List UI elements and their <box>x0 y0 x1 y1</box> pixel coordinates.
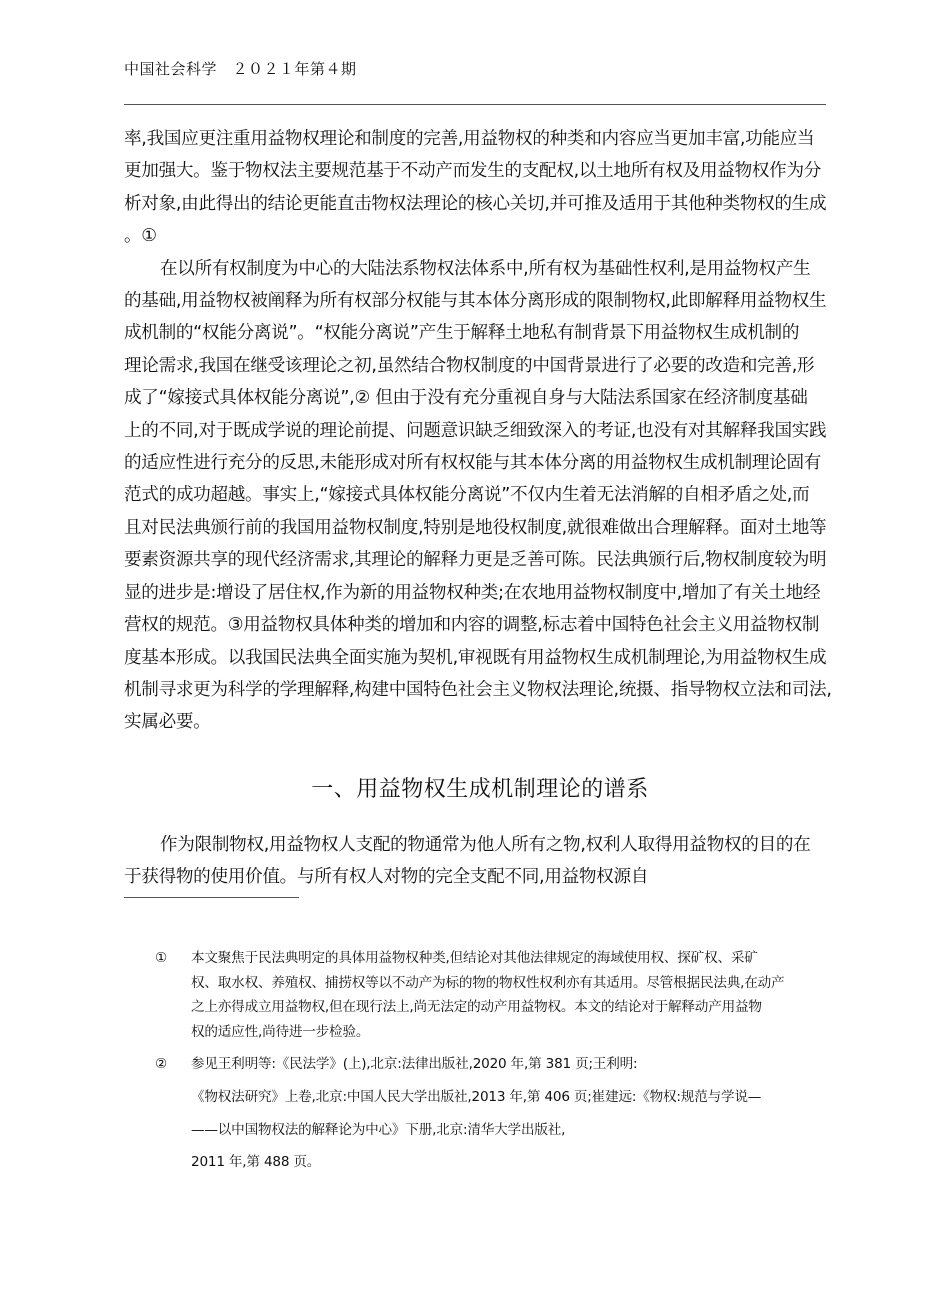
text-line: 要素资源共享的现代经济需求,其理论的解释力更是乏善可陈。民法典颁行后,物权制度较… <box>124 544 836 576</box>
footnote-line: 本文聚焦于民法典明定的具体用益物权种类,但结论对其他法律规定的海域使用权、探矿权… <box>191 946 835 971</box>
text-line: 且对民法典颁行前的我国用益物权制度,特别是地役权制度,就很难做出合理解释。面对土… <box>124 512 836 544</box>
text-line: 理论需求,我国在继受该理论之初,虽然结合物权制度的中国背景进行了必要的改造和完善… <box>124 350 836 382</box>
paragraph-2: 在以所有权制度为中心的大陆法系物权法体系中,所有权为基础性权利,是用益物权产生 … <box>124 253 836 739</box>
footnote-marker: ② <box>155 1052 167 1077</box>
text-line: 成了“嫁接式具体权能分离说”,② 但由于没有充分重视自身与大陆法系国家在经济制度… <box>124 382 836 414</box>
text-line: 析对象,由此得出的结论更能直击物权法理论的核心关切,并可推及适用于其他种类物权的… <box>124 188 836 220</box>
text-line: 的基础,用益物权被阐释为所有权部分权能与其本体分离形成的限制物权,此即解释用益物… <box>124 285 836 317</box>
text-line: 范式的成功超越。事实上,“嫁接式具体权能分离说”不仅内生着无法消解的自相矛盾之处… <box>124 479 836 511</box>
text-line: 率,我国应更注重用益物权理论和制度的完善,用益物权的种类和内容应当更加丰富,功能… <box>124 123 836 155</box>
text-line: 的适应性进行充分的反思,未能形成对所有权权能与其本体分离的用益物权生成机制理论固… <box>124 447 836 479</box>
text-line: 作为限制物权,用益物权人支配的物通常为他人所有之物,权利人取得用益物权的目的在 <box>124 829 836 861</box>
header-divider <box>124 104 826 105</box>
footnote-line: ——以中国物权法的解释论为中心》下册,北京:清华大学出版社, <box>191 1118 835 1143</box>
text-line: 上的不同,对于既成学说的理论前提、问题意识缺乏细致深入的考证,也没有对其解释我国… <box>124 415 836 447</box>
section-heading: 一、用益物权生成机制理论的谱系 <box>124 773 836 807</box>
text-line: 显的进步是:增设了居住权,作为新的用益物权种类;在农地用益物权制度中,增加了有关… <box>124 577 836 609</box>
footnote-line: 《物权法研究》上卷,北京:中国人民大学出版社,2013 年,第 406 页;崔建… <box>191 1085 835 1110</box>
footnote-line: 参见王利明等:《民法学》(上),北京:法律出版社,2020 年,第 381 页;… <box>191 1052 835 1077</box>
text-line: 机制寻求更为科学的学理解释,构建中国特色社会主义物权法理论,统摄、指导物权立法和… <box>124 674 836 706</box>
footnote-line: 之上亦得成立用益物权,但在现行法上,尚无法定的动产用益物权。本文的结论对于解释动… <box>191 995 835 1020</box>
footnote-line: 2011 年,第 488 页。 <box>191 1150 835 1175</box>
footnote-line: 权、取水权、养殖权、捕捞权等以不动产为标的物的物权性权利亦有其适用。尽管根据民法… <box>191 971 835 996</box>
footnote-marker: ① <box>155 946 167 971</box>
footnote-2: ② 参见王利明等:《民法学》(上),北京:法律出版社,2020 年,第 381 … <box>155 1052 835 1174</box>
text-line: 更加强大。鉴于物权法主要规范基于不动产而发生的支配权,以土地所有权及用益物权作为… <box>124 155 836 187</box>
running-head-journal: 中国社会科学 ２０２１年第４期 <box>124 58 357 79</box>
footnote-divider <box>124 897 299 898</box>
text-line: 度基本形成。以我国民法典全面实施为契机,审视既有用益物权生成机制理论,为用益物权… <box>124 642 836 674</box>
footnote-line: 权的适应性,尚待进一步检验。 <box>191 1020 835 1045</box>
paragraph-3: 作为限制物权,用益物权人支配的物通常为他人所有之物,权利人取得用益物权的目的在 … <box>124 829 836 894</box>
text-line: 在以所有权制度为中心的大陆法系物权法体系中,所有权为基础性权利,是用益物权产生 <box>124 253 836 285</box>
text-line: 于获得物的使用价值。与所有权人对物的完全支配不同,用益物权源自 <box>124 861 836 893</box>
section-body-text: 作为限制物权,用益物权人支配的物通常为他人所有之物,权利人取得用益物权的目的在 … <box>124 829 836 894</box>
footnotes: ① 本文聚焦于民法典明定的具体用益物权种类,但结论对其他法律规定的海域使用权、探… <box>155 946 835 1175</box>
body-text: 率,我国应更注重用益物权理论和制度的完善,用益物权的种类和内容应当更加丰富,功能… <box>124 123 836 739</box>
text-line: 营权的规范。③用益物权具体种类的增加和内容的调整,标志着中国特色社会主义用益物权… <box>124 609 836 641</box>
text-line: 实属必要。 <box>124 706 836 738</box>
paragraph-1: 率,我国应更注重用益物权理论和制度的完善,用益物权的种类和内容应当更加丰富,功能… <box>124 123 836 253</box>
text-line: 。① <box>124 220 836 252</box>
footnote-1: ① 本文聚焦于民法典明定的具体用益物权种类,但结论对其他法律规定的海域使用权、探… <box>155 946 835 1044</box>
text-line: 成机制的“权能分离说”。“权能分离说”产生于解释土地私有制背景下用益物权生成机制… <box>124 317 836 349</box>
